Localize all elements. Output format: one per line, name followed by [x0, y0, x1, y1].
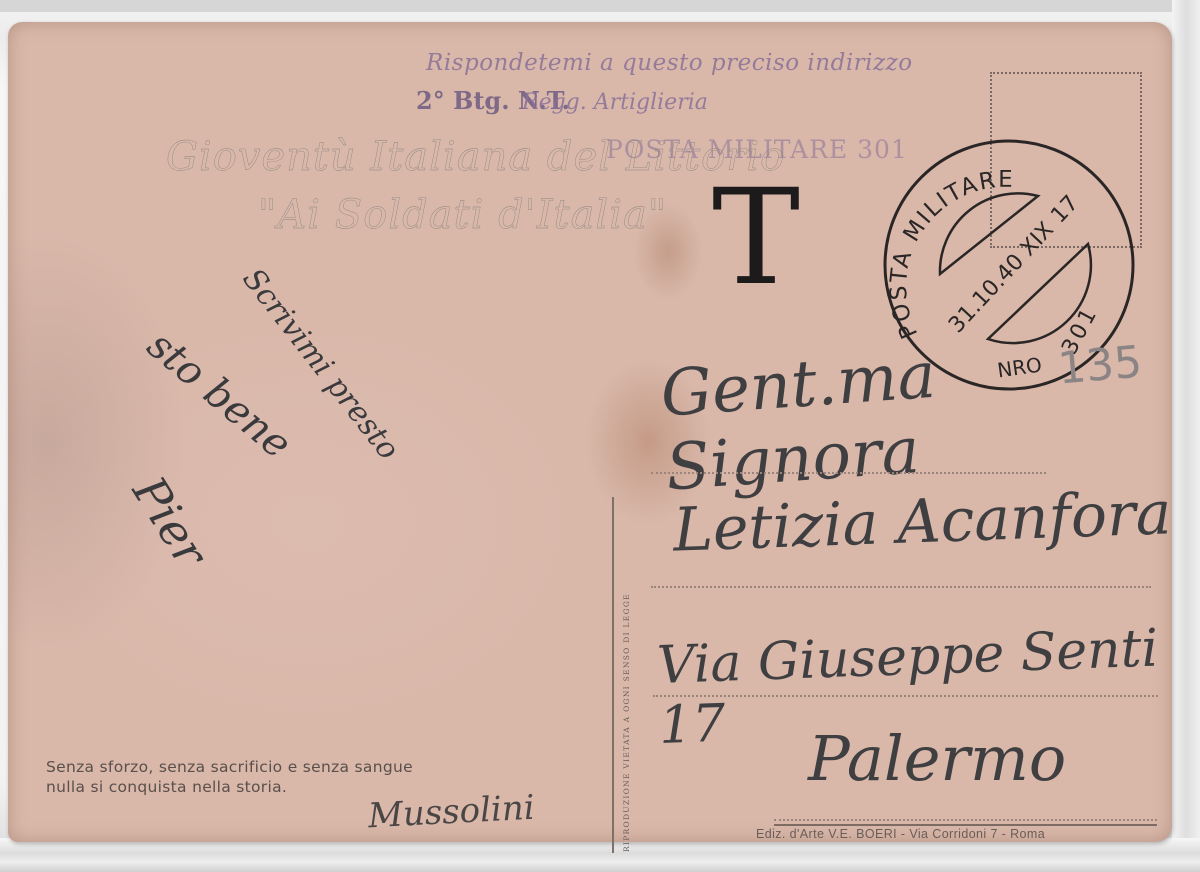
reproduction-notice: RIPRODUZIONE VIETATA A OGNI SENSO DI LEG… — [622, 593, 631, 852]
printed-quote: Senza sforzo, senza sacrificio e senza s… — [46, 757, 413, 797]
sleeve-right-edge — [1172, 0, 1200, 872]
postmark-time: 17 — [1046, 191, 1083, 229]
vertical-divider — [612, 497, 614, 853]
address-dotted-line — [651, 586, 1151, 588]
printed-heading-line-2: "Ai Soldati d'Italia" — [258, 192, 667, 238]
quote-line-1: Senza sforzo, senza sacrificio e senza s… — [46, 757, 413, 777]
address-base-line — [774, 824, 1157, 826]
quote-signature: Mussolini — [367, 788, 535, 837]
sleeve-bottom-edge — [0, 838, 1200, 872]
reply-address-stamp-line: Rispondetemi a questo preciso indirizzo — [426, 50, 913, 76]
regiment-stamp-line: Regg. Artiglieria — [522, 90, 708, 115]
address-city: Palermo — [808, 722, 1066, 795]
address-dotted-line — [651, 472, 1046, 474]
address-dotted-line — [774, 819, 1157, 821]
address-salutation: Gent.ma Signora — [658, 322, 1176, 505]
address-dotted-line — [653, 695, 1158, 697]
postmark-date: 31.10.40 XIX — [944, 217, 1059, 338]
printed-heading-line-1: Gioventù Italiana del Littorio — [166, 134, 785, 180]
publisher-imprint: Ediz. d'Arte V.E. BOERI - Via Corridoni … — [756, 827, 1045, 841]
quote-line-2: nulla si conquista nella storia. — [46, 777, 413, 797]
handwritten-signature: Pier — [122, 467, 218, 576]
sleeve-top-edge — [0, 0, 1200, 12]
handwritten-message-line-2: sto bene — [138, 322, 299, 468]
postcard: Rispondetemi a questo preciso indirizzo … — [8, 22, 1172, 842]
postage-due-mark: T — [712, 172, 800, 304]
